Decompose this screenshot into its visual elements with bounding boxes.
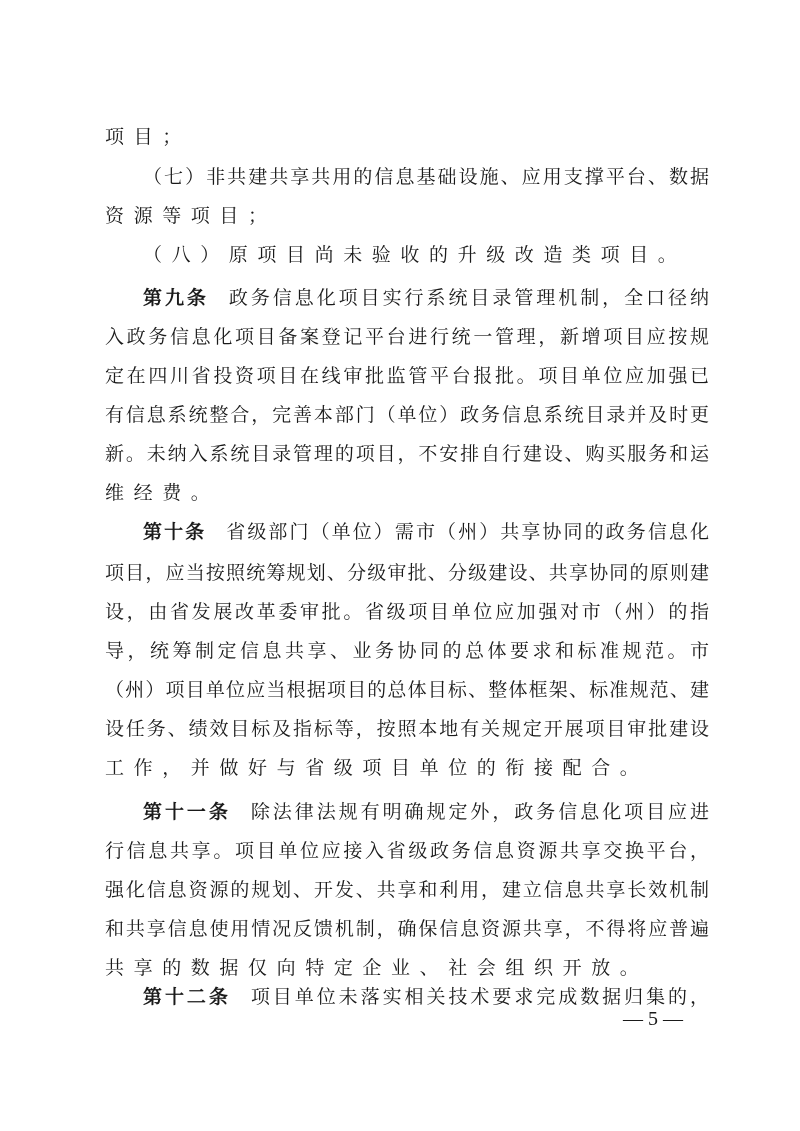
text-span: 项目单位未落实相关技术要求完成数据归集的，	[251, 986, 709, 1008]
text-line: 导，统筹制定信息共享、业务协同的总体要求和标准规范。市	[105, 636, 709, 666]
article-11-first-line: 第十一条除法律法规有明确规定外，政务信息化项目应进	[143, 797, 709, 827]
text-line: 设，由省发展改革委审批。省级项目单位应加强对市（州）的指	[105, 597, 709, 627]
text-line: 行信息共享。项目单位应接入省级政务信息资源共享交换平台，	[105, 836, 709, 866]
article-10-first-line: 第十条省级部门（单位）需市（州）共享协同的政务信息化	[143, 517, 709, 547]
text-line: 项目；	[105, 122, 709, 152]
article-12-heading: 第十二条	[143, 986, 231, 1008]
article-10-heading: 第十条	[143, 521, 206, 543]
text-line: 工作，并做好与省级项目单位的衔接配合。	[105, 753, 709, 783]
text-line: 和共享信息使用情况反馈机制，确保信息资源共享，不得将应普遍	[105, 914, 709, 944]
text-line: 资源等项目；	[105, 201, 709, 231]
text-span: 政务信息化项目实行系统目录管理机制，全口径纳	[229, 287, 709, 309]
text-span: 除法律法规有明确规定外，政务信息化项目应进	[251, 801, 709, 823]
text-line: （七）非共建共享共用的信息基础设施、应用支撑平台、数据	[143, 162, 709, 192]
page-number: — 5 —	[613, 1006, 693, 1032]
text-line: 设任务、绩效目标及指标等，按照本地有关规定开展项目审批建设	[105, 714, 709, 744]
text-line: （八）原项目尚未验收的升级改造类项目。	[143, 240, 709, 270]
article-11-heading: 第十一条	[143, 801, 231, 823]
text-line: 共享的数据仅向特定企业、社会组织开放。	[105, 953, 709, 983]
text-line: 强化信息资源的规划、开发、共享和利用，建立信息共享长效机制	[105, 875, 709, 905]
article-9-first-line: 第九条政务信息化项目实行系统目录管理机制，全口径纳	[143, 283, 709, 313]
text-line: 入政务信息化项目备案登记平台进行统一管理，新增项目应按规	[105, 322, 709, 352]
article-9-heading: 第九条	[143, 287, 209, 309]
text-line: 维经费。	[105, 478, 709, 508]
document-page: 项目； （七）非共建共享共用的信息基础设施、应用支撑平台、数据 资源等项目； （…	[0, 0, 800, 1131]
text-line: 新。未纳入系统目录管理的项目，不安排自行建设、购买服务和运	[105, 439, 709, 469]
text-line: （州）项目单位应当根据项目的总体目标、整体框架、标准规范、建	[105, 675, 709, 705]
text-line: 项目，应当按照统筹规划、分级审批、分级建设、共享协同的原则建	[105, 558, 709, 588]
text-line: 有信息系统整合，完善本部门（单位）政务信息系统目录并及时更	[105, 400, 709, 430]
text-span: 省级部门（单位）需市（州）共享协同的政务信息化	[226, 521, 709, 543]
text-line: 定在四川省投资项目在线审批监管平台报批。项目单位应加强已	[105, 361, 709, 391]
